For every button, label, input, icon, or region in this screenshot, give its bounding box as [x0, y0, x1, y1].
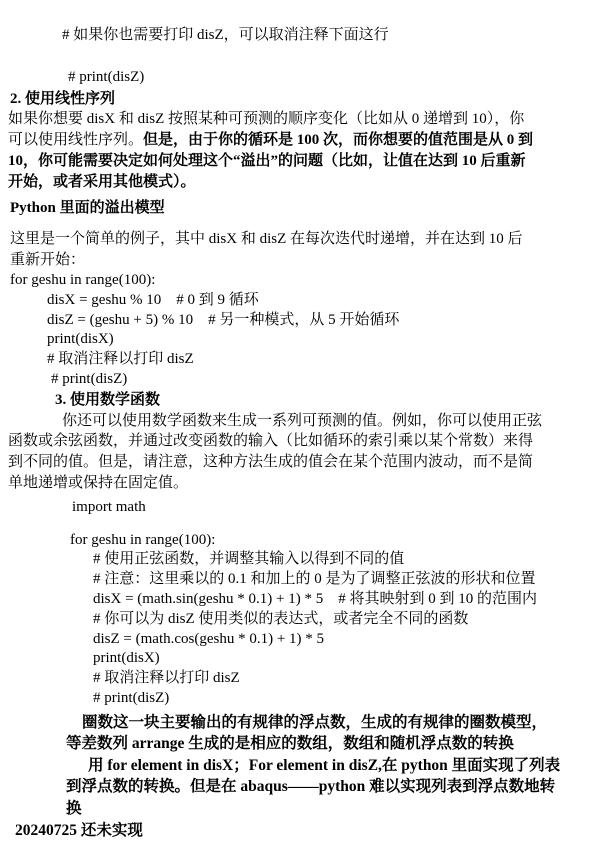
code-line: import math	[72, 498, 594, 518]
code-line: disX = (math.sin(geshu * 0.1) + 1) * 5 #…	[93, 590, 594, 610]
document-page: # 如果你也需要打印 disZ，可以取消注释下面这行 # print(disZ)…	[0, 0, 602, 863]
date-note: 20240725 还未实现	[15, 820, 594, 842]
body-text-line: 你还可以使用数学函数来生成一系列可预测的值。例如，你可以使用正弦	[62, 411, 594, 432]
body-text: 如果你想要 disX 和 disZ 按照某种可预测的顺序变化（比如从 0 递增到…	[8, 111, 524, 127]
note-line: 到浮点数的转换。但是在 abaqus——python 难以实现列表到浮点数地转	[66, 776, 594, 798]
body-text-bold: 10，你可能需要决定如何处理这个“溢出”的问题（比如，让值在达到 10 后重新	[8, 153, 526, 169]
code-line: disZ = (geshu + 5) % 10 # 另一种模式，从 5 开始循环	[47, 311, 594, 331]
code-comment-line: # 注意：这里乘以的 0.1 和加上的 0 是为了调整正弦波的形状和位置	[93, 570, 594, 590]
body-text-line: 这里是一个简单的例子，其中 disX 和 disZ 在每次迭代时递增，并在达到 …	[10, 229, 594, 250]
note-line: 用 for element in disX；For element in dis…	[88, 755, 594, 777]
code-comment-line: # print(disZ)	[51, 370, 594, 390]
note-line: 等差数列 arrange 生成的是相应的数组，数组和随机浮点数的转换	[66, 733, 594, 755]
body-text-line: 函数或余弦函数，并通过改变函数的输入（比如循环的索引乘以某个常数）来得	[8, 431, 594, 452]
code-comment-line: # print(disZ)	[93, 689, 594, 709]
body-text-line: 可以使用线性序列。但是，由于你的循环是 100 次，而你想要的值范围是从 0 到	[8, 130, 594, 151]
body-text-line: 10，你可能需要决定如何处理这个“溢出”的问题（比如，让值在达到 10 后重新	[8, 151, 594, 172]
body-text: 可以使用线性序列。	[8, 132, 143, 148]
section-heading: 3. 使用数学函数	[55, 390, 594, 411]
code-comment-line: # 取消注释以打印 disZ	[47, 350, 594, 370]
code-line: print(disX)	[93, 649, 594, 669]
body-text-bold: 但是，由于你的循环是 100 次，而你想要的值范围是从 0 到	[143, 132, 533, 148]
code-line: print(disX)	[47, 330, 594, 350]
code-comment-line: # 取消注释以打印 disZ	[93, 669, 594, 689]
code-comment-line: # print(disZ)	[68, 68, 594, 88]
body-text-line: 开始，或者采用其他模式）。	[8, 172, 594, 193]
body-text-bold: 开始，或者采用其他模式）。	[8, 174, 196, 190]
body-text-line: 单地递增或保持在固定值。	[8, 473, 594, 494]
note-line: 换	[66, 798, 594, 820]
section-heading: Python 里面的溢出模型	[10, 198, 594, 219]
section-heading: 2. 使用线性序列	[10, 89, 594, 110]
code-comment-line: # 使用正弦函数，并调整其输入以得到不同的值	[93, 550, 594, 570]
code-line: disX = geshu % 10 # 0 到 9 循环	[47, 291, 594, 311]
body-text-line: 重新开始：	[10, 250, 594, 271]
code-line: for geshu in range(100):	[70, 531, 594, 551]
body-text-line: 到不同的值。但是，请注意，这种方法生成的值会在某个范围内波动，而不是简	[8, 452, 594, 473]
body-text-line: 如果你想要 disX 和 disZ 按照某种可预测的顺序变化（比如从 0 递增到…	[8, 109, 594, 130]
code-comment-line: # 如果你也需要打印 disZ，可以取消注释下面这行	[62, 26, 594, 46]
code-line: disZ = (math.cos(geshu * 0.1) + 1) * 5	[93, 630, 594, 650]
note-line: 圈数这一块主要输出的有规律的浮点数，生成的有规律的圈数模型，	[82, 712, 594, 734]
code-comment-line: # 你可以为 disZ 使用类似的表达式，或者完全不同的函数	[93, 610, 594, 630]
code-line: for geshu in range(100):	[10, 271, 594, 291]
